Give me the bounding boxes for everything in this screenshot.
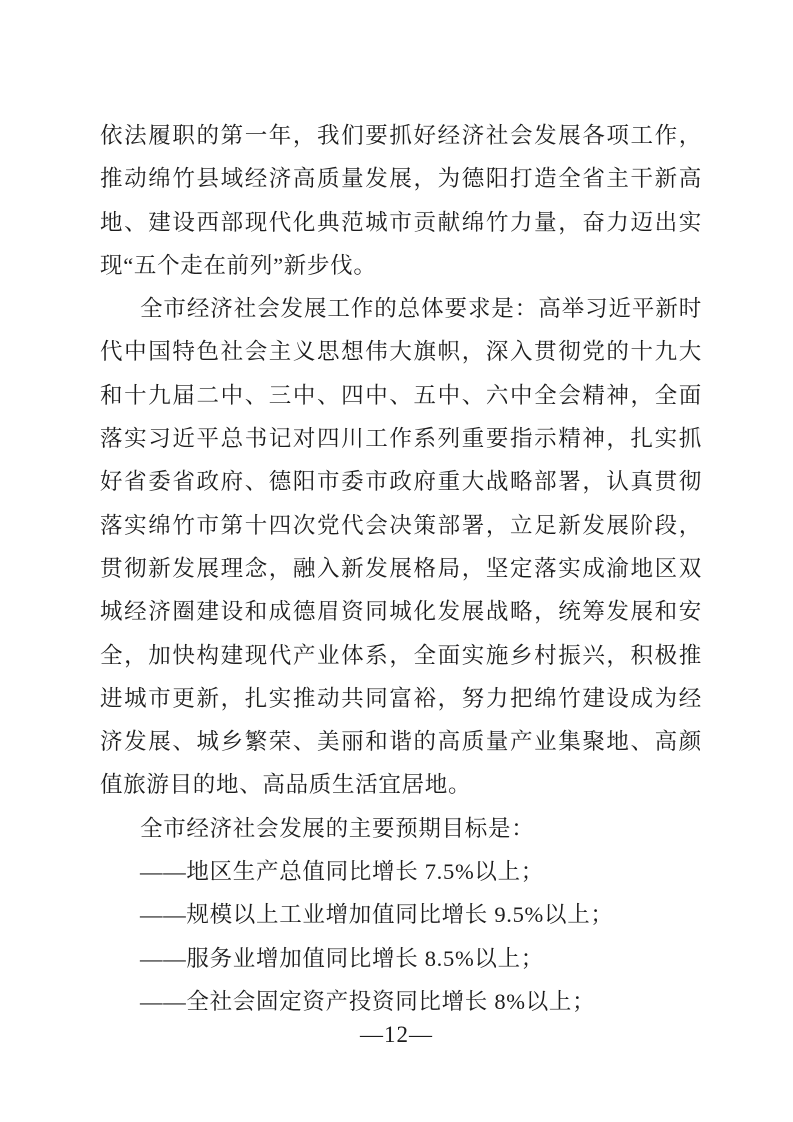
document-body-text: 依法履职的第一年，我们要抓好经济社会发展各项工作，推动绵竹县域经济高质量发展，为… — [100, 114, 702, 1023]
goal-item-industrial-added-value: ——规模以上工业增加值同比增长 9.5%以上； — [100, 893, 702, 936]
goal-item-fixed-asset-investment: ——全社会固定资产投资同比增长 8%以上； — [100, 980, 702, 1023]
page-number: —12— — [0, 1020, 793, 1050]
paragraph-targets-heading: 全市经济社会发展的主要预期目标是： — [100, 807, 702, 850]
document-page: 依法履职的第一年，我们要抓好经济社会发展各项工作，推动绵竹县域经济高质量发展，为… — [0, 0, 793, 1122]
paragraph-continuation: 依法履职的第一年，我们要抓好经济社会发展各项工作，推动绵竹县域经济高质量发展，为… — [100, 114, 702, 287]
goal-item-service-added-value: ——服务业增加值同比增长 8.5%以上； — [100, 937, 702, 980]
goal-item-gdp: ——地区生产总值同比增长 7.5%以上； — [100, 850, 702, 893]
paragraph-overall-requirements: 全市经济社会发展工作的总体要求是：高举习近平新时代中国特色社会主义思想伟大旗帜，… — [100, 287, 702, 807]
